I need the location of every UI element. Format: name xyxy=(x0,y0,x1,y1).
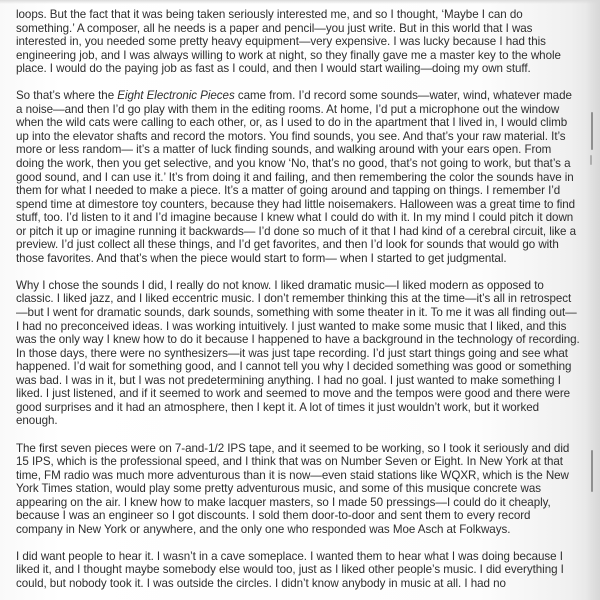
paragraph-3: Why I chose the sounds I did, I really d… xyxy=(16,279,580,428)
paragraph-4: The first seven pieces were on 7-and-1/2… xyxy=(16,442,580,537)
paragraph-text: loops. But the fact that it was being ta… xyxy=(16,8,561,75)
paragraph-2: So that’s where the Eight Electronic Pie… xyxy=(16,89,580,265)
body-text: loops. But the fact that it was being ta… xyxy=(16,8,580,600)
scan-artifact-mark xyxy=(591,450,593,492)
scan-artifact-mark xyxy=(591,112,593,150)
work-title-italic: Eight Electronic Pieces xyxy=(117,89,234,102)
paragraph-1: loops. But the fact that it was being ta… xyxy=(16,8,580,76)
page-top-edge xyxy=(0,0,600,4)
page-binding-shadow xyxy=(586,0,600,600)
paragraph-text: Why I chose the sounds I did, I really d… xyxy=(16,279,580,427)
scanned-page: loops. But the fact that it was being ta… xyxy=(0,0,600,600)
paragraph-text: I did want people to hear it. I wasn’t i… xyxy=(16,550,564,590)
paragraph-lead: So that’s where the xyxy=(16,89,117,102)
paragraph-text: came from. I’d record some sounds—water,… xyxy=(16,89,576,265)
paragraph-text: The first seven pieces were on 7-and-1/2… xyxy=(16,442,569,536)
scan-artifact-mark xyxy=(590,155,592,165)
paragraph-5: I did want people to hear it. I wasn’t i… xyxy=(16,550,580,591)
